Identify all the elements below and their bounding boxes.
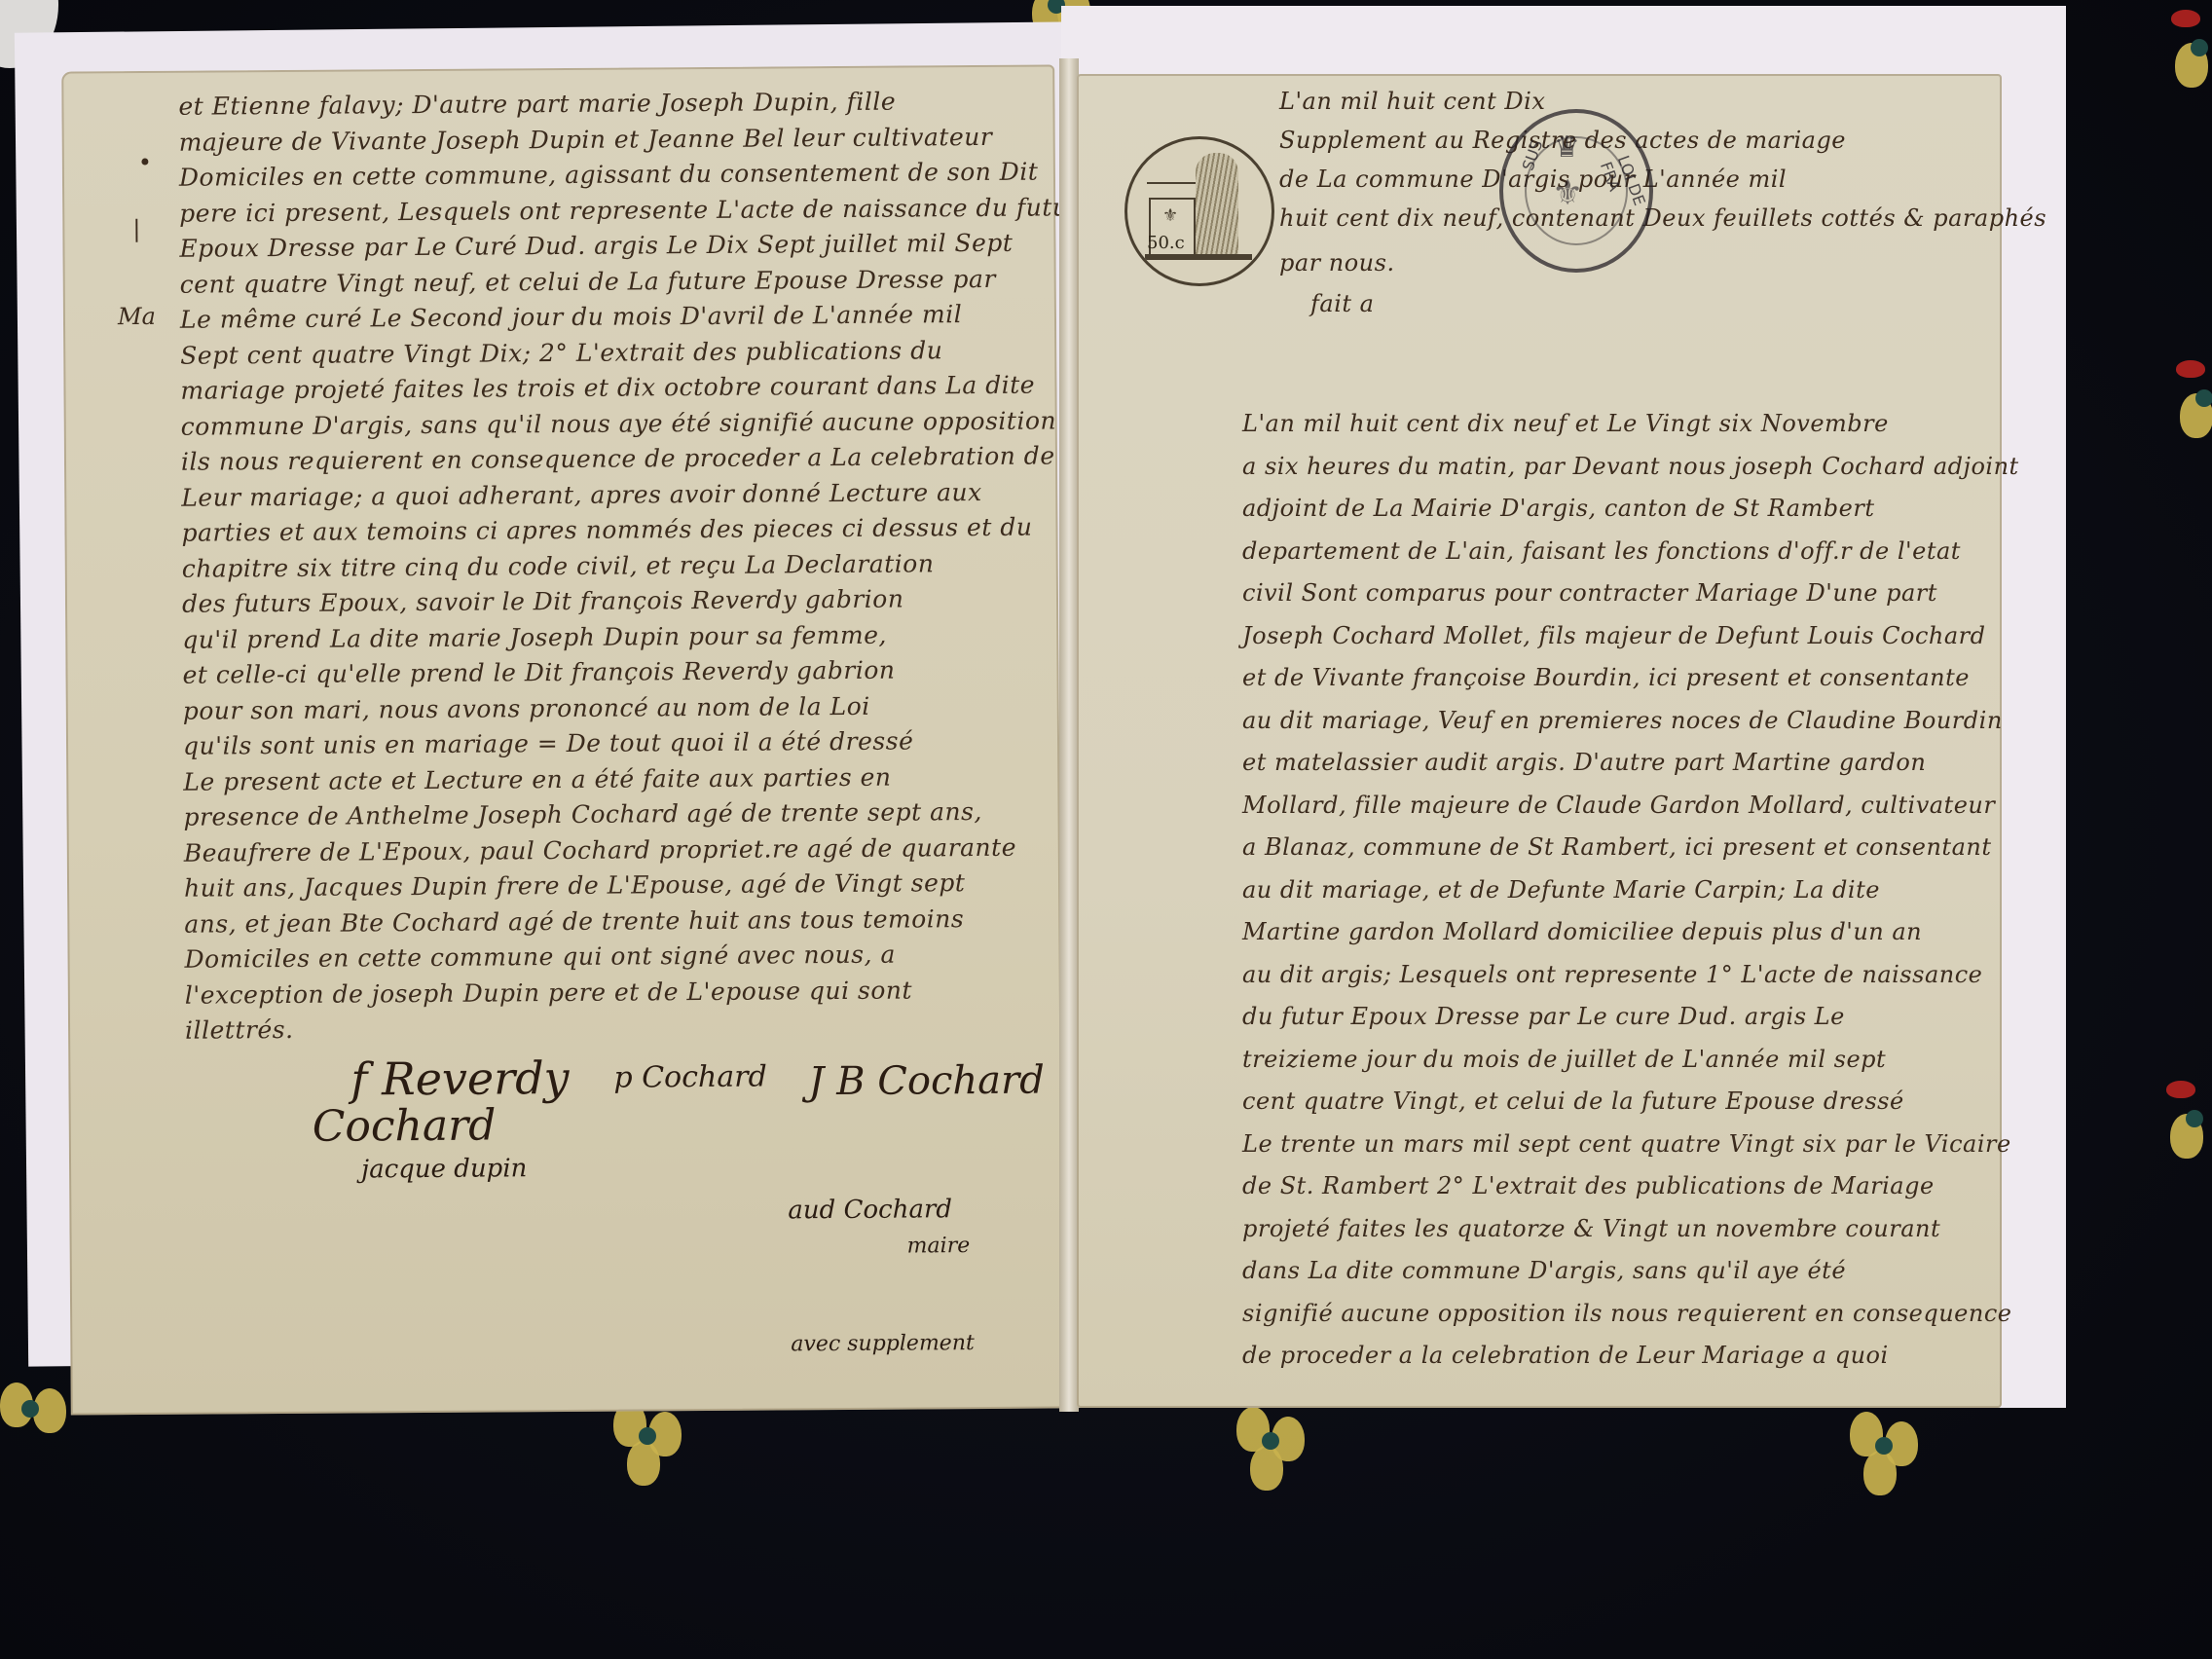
handwritten-line: huit cent dix neuf, contenant Deux feuil…: [1279, 204, 2046, 232]
ink-seal-stamp: ♛ ⚜ SUS LOI DE FRA: [1499, 109, 1653, 273]
handwritten-line: qu'ils sont unis en mariage = De tout qu…: [183, 726, 913, 759]
handwritten-line: pere ici present, Lesquels ont represent…: [179, 193, 1081, 227]
crown-icon: ♛: [1554, 130, 1580, 165]
handwritten-line: et de Vivante françoise Bourdin, ici pre…: [1242, 664, 1970, 691]
handwritten-line: Domiciles en cette commune qui ont signé…: [184, 940, 895, 974]
book-gutter: [1059, 58, 1079, 1412]
handwritten-line: Le même curé Le Second jour du mois D'av…: [180, 300, 962, 334]
handwritten-line: a six heures du matin, par Devant nous j…: [1242, 453, 2019, 480]
fiscal-stamp: ⚜ 50.c: [1124, 136, 1274, 286]
handwritten-line: ils nous requierent en consequence de pr…: [181, 441, 1055, 475]
handwritten-line: par nous.: [1279, 249, 1395, 276]
handwritten-line: Le present acte et Lecture en a été fait…: [183, 762, 891, 795]
handwritten-line: civil Sont comparus pour contracter Mari…: [1242, 579, 1937, 607]
margin-note: |: [132, 215, 140, 242]
signature-p-cochard: p Cochard: [613, 1060, 767, 1095]
handwritten-line: Le trente un mars mil sept cent quatre V…: [1242, 1130, 2011, 1158]
handwritten-line: pour son mari, nous avons prononcé au no…: [183, 691, 870, 724]
handwritten-line: mariage projeté faites les trois et dix …: [180, 371, 1035, 405]
signature-aud-cochard: aud Cochard: [788, 1195, 952, 1225]
handwritten-line: et Etienne falavy; D'autre part marie Jo…: [178, 88, 896, 121]
margin-note: Ma: [118, 303, 156, 330]
flower-motif-icon: [2176, 360, 2212, 448]
handwritten-line: huit ans, Jacques Dupin frere de L'Epous…: [184, 868, 966, 903]
handwritten-line: Sept cent quatre Vingt Dix; 2° L'extrait…: [180, 336, 942, 369]
handwritten-line: qu'il prend La dite marie Joseph Dupin p…: [182, 620, 887, 653]
handwritten-line: treizieme jour du mois de juillet de L'a…: [1242, 1046, 1886, 1073]
handwritten-line: fait a: [1310, 290, 1374, 317]
flower-motif-icon: [1236, 1407, 1324, 1494]
handwritten-line: au dit mariage, et de Defunte Marie Carp…: [1242, 876, 1880, 903]
handwritten-line: cent quatre Vingt neuf, et celui de La f…: [180, 264, 996, 298]
handwritten-line: de proceder a la celebration de Leur Mar…: [1242, 1342, 1889, 1369]
signature-jb-cochard: J B Cochard: [808, 1058, 1045, 1105]
flower-motif-icon: [2171, 10, 2212, 97]
handwritten-line: L'an mil huit cent Dix: [1279, 88, 1545, 115]
footer-note: avec supplement: [791, 1331, 975, 1356]
handwritten-line: cent quatre Vingt, et celui de la future…: [1242, 1088, 1904, 1115]
handwritten-line: Mollard, fille majeure de Claude Gardon …: [1242, 792, 1995, 819]
justice-figure-icon: [1196, 153, 1238, 260]
handwritten-line: Martine gardon Mollard domiciliee depuis…: [1242, 918, 1922, 945]
handwritten-line: et celle-ci qu'elle prend le Dit françoi…: [182, 656, 895, 689]
handwritten-line: adjoint de La Mairie D'argis, canton de …: [1242, 495, 1874, 522]
handwritten-line: L'an mil huit cent dix neuf et Le Vingt …: [1242, 410, 1889, 437]
flower-motif-icon: [2166, 1081, 2212, 1168]
handwritten-line: au dit argis; Lesquels ont represente 1°…: [1242, 961, 1982, 988]
handwritten-line: signifié aucune opposition ils nous requ…: [1242, 1300, 2011, 1327]
handwritten-line: Leur mariage; a quoi adherant, apres avo…: [181, 477, 982, 511]
handwritten-line: majeure de Vivante Joseph Dupin et Jeann…: [179, 122, 993, 156]
handwritten-line: presence de Anthelme Joseph Cochard agé …: [183, 797, 982, 831]
handwritten-line: parties et aux temoins ci apres nommés d…: [181, 513, 1032, 547]
signature-reverdy: f Reverdy: [350, 1051, 570, 1106]
handwritten-line: des futurs Epoux, savoir le Dit françois…: [182, 585, 904, 618]
handwritten-line: et matelassier audit argis. D'autre part…: [1242, 749, 1926, 776]
handwritten-line: chapitre six titre cinq du code civil, e…: [182, 549, 935, 582]
signature-jacque-dupin: jacque dupin: [361, 1154, 527, 1184]
handwritten-line: du futur Epoux Dresse par Le cure Dud. a…: [1242, 1003, 1845, 1030]
fleur-de-lis-icon: ⚜: [1162, 205, 1178, 226]
handwritten-line: Joseph Cochard Mollet, fils majeur de De…: [1242, 622, 1985, 649]
handwritten-line: Epoux Dresse par Le Curé Dud. argis Le D…: [179, 229, 1013, 263]
handwritten-line: l'exception de joseph Dupin pere et de L…: [185, 976, 912, 1009]
signature-maire: maire: [907, 1234, 971, 1258]
flower-motif-icon: [613, 1402, 701, 1490]
handwritten-line: commune D'argis, sans qu'il nous aye été…: [181, 406, 1056, 440]
stamp-base: [1145, 254, 1252, 260]
fleur-de-lis-arms-icon: ⚜: [1552, 173, 1583, 213]
handwritten-line: illettrés.: [185, 1015, 294, 1045]
handwritten-line: au dit mariage, Veuf en premieres noces …: [1242, 707, 2003, 734]
flower-motif-icon: [1850, 1412, 1937, 1499]
handwritten-line: Beaufrere de L'Epoux, paul Cochard propr…: [184, 832, 1016, 866]
handwritten-line: Domiciles en cette commune, agissant du …: [179, 158, 1039, 192]
handwritten-line: projeté faites les quatorze & Vingt un n…: [1242, 1215, 1940, 1242]
stamp-value: 50.c: [1147, 233, 1185, 253]
handwritten-line: ans, et jean Bte Cochard agé de trente h…: [184, 904, 964, 939]
handwritten-line: dans La dite commune D'argis, sans qu'il…: [1242, 1257, 1846, 1284]
left-page: • | Ma et Etienne falavy; D'autre part m…: [61, 64, 1064, 1415]
handwritten-line: a Blanaz, commune de St Rambert, ici pre…: [1242, 833, 1991, 861]
signature-cochard: Cochard: [313, 1100, 497, 1151]
handwritten-line: departement de L'ain, faisant les foncti…: [1242, 537, 1961, 565]
scales-icon: [1147, 182, 1196, 184]
handwritten-line: de St. Rambert 2° L'extrait des publicat…: [1242, 1172, 1935, 1199]
margin-mark: •: [138, 149, 152, 176]
